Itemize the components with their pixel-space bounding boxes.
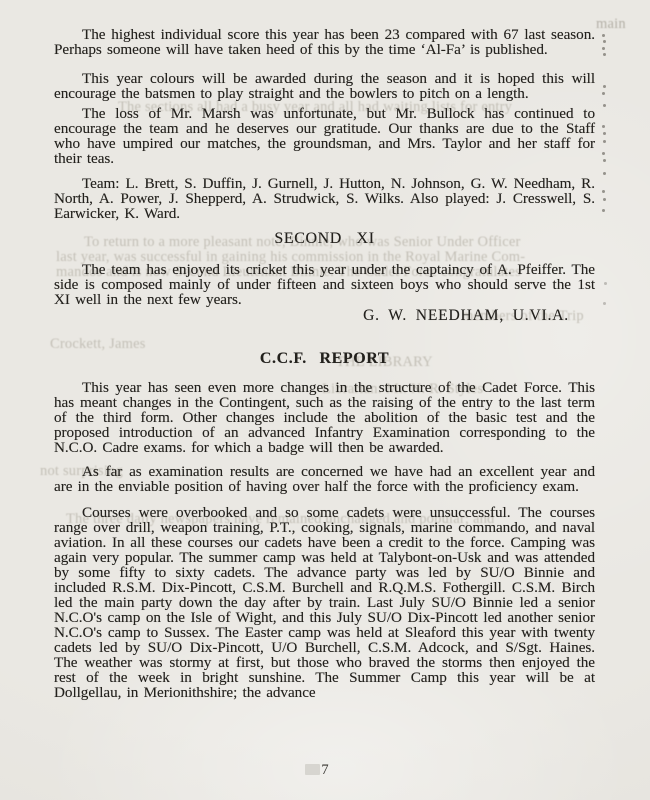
ccf-report-section: C.C.F. REPORT This year has seen even mo… (54, 351, 595, 700)
author-signature: G. W. NEEDHAM, U.VI.A. (54, 308, 595, 324)
paragraph: The team has enjoyed its cricket this ye… (54, 262, 595, 307)
scan-speck (603, 53, 606, 56)
team-list-paragraph: Team: L. Brett, S. Duffin, J. Gurnell, J… (54, 176, 595, 221)
paragraph: The highest individual score this year h… (54, 27, 595, 57)
scan-speck (603, 85, 606, 88)
scan-speck (602, 152, 605, 155)
paragraph: Courses were overbooked and so some cade… (54, 505, 595, 700)
paragraph: As far as examination results are concer… (54, 464, 595, 494)
scan-speck (603, 104, 606, 107)
ink-smudge (305, 764, 320, 775)
scan-speck (602, 92, 605, 95)
scan-speck (603, 132, 606, 135)
paragraph: The loss of Mr. Marsh was unfortunate, b… (54, 106, 595, 166)
page-number: 7 (321, 762, 328, 778)
scan-speck (602, 190, 605, 193)
scan-speck (602, 125, 605, 128)
cricket-report-section: The highest individual score this year h… (54, 27, 595, 221)
scan-speck (603, 172, 606, 175)
page-content: The highest individual score this year h… (54, 27, 595, 700)
second-xi-section: SECOND XI The team has enjoyed its crick… (54, 231, 595, 324)
scan-speck (602, 34, 605, 37)
scan-speck (603, 198, 606, 201)
scanned-magazine-page: main The sections all had a busy year an… (0, 0, 650, 800)
scan-speck (603, 140, 606, 143)
page-footer: 7 (0, 762, 650, 779)
paragraph: This year has seen even more changes in … (54, 380, 595, 455)
paragraph: This year colours will be awarded during… (54, 71, 595, 101)
scan-speck (602, 209, 605, 212)
ghost-text: main (596, 16, 626, 33)
scan-speck (604, 282, 607, 285)
scan-speck (602, 47, 605, 50)
scan-speck (603, 40, 606, 43)
scan-speck (603, 302, 606, 305)
scan-speck (603, 159, 606, 162)
ccf-report-heading: C.C.F. REPORT (54, 351, 595, 367)
second-xi-heading: SECOND XI (54, 231, 595, 247)
